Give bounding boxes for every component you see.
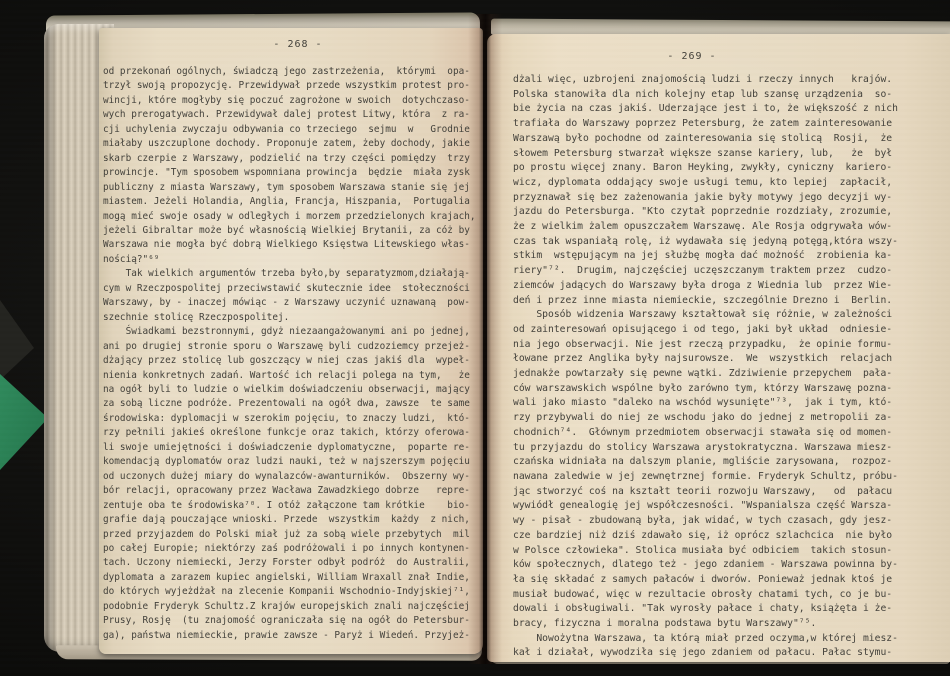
text-line: wych prerogatywach. Przewidywał dalej pr… xyxy=(103,108,477,122)
text-line: musiał budować, więc w rezultacie obrosł… xyxy=(513,588,907,603)
text-line: wincji, które mogłyby się poczuć zagrożo… xyxy=(103,94,477,108)
text-line: prowincje. "Tym sposobem wspomniana prow… xyxy=(103,166,477,180)
text-line: nawana zaledwie w jej zewnętrznej formie… xyxy=(513,470,907,485)
text-line: Polska stanowiła dla nich kolejny etap l… xyxy=(513,88,907,103)
text-line: ani po drugiej stronie sporu o Warszawę … xyxy=(103,340,477,354)
text-line: nością?"⁶⁹ xyxy=(103,253,477,267)
text-line: po całej Europie; niektórzy zaś podróżow… xyxy=(103,542,477,556)
text-line: rzy przybywali do niej ze wschodu jako d… xyxy=(513,411,907,426)
text-line: przed przyjazdem do Polski miał już za s… xyxy=(103,528,477,542)
text-line: na ogół byli to ludzie o wielkim doświad… xyxy=(103,383,477,397)
text-line: nia jego obserwacji. Nie jest rzeczą prz… xyxy=(513,338,907,353)
text-line: Świadkami bezstronnymi, gdyż niezaangażo… xyxy=(103,325,477,339)
text-line: stkim wstępującym na jej służbę mogła da… xyxy=(513,249,907,264)
text-line: bracy, fizyczna i moralna podstawa bytu … xyxy=(513,617,907,632)
text-line: do których wyjeżdżał na zlecenie Kompani… xyxy=(103,585,477,599)
text-line: Nowożytna Warszawa, ta którą miał przed … xyxy=(513,632,907,647)
text-line: wywiódł genealogię jej współczesności. "… xyxy=(513,499,907,514)
book-scan-scene: - 268 - od przekonań ogólnych, świadczą … xyxy=(0,0,950,676)
text-line: Prusy, Rosję (tu znajomość ograniczała s… xyxy=(103,614,477,628)
text-line: miałaby uszczuplone dochody. Proponuje z… xyxy=(103,137,477,151)
text-line: cze bardziej niż dziś zdawało się, iż op… xyxy=(513,529,907,544)
text-line: Warszawa nie mogła być dobrą Wielkiego K… xyxy=(103,238,477,252)
text-line: nienia konkretnych zadań. Wartość ich re… xyxy=(103,369,477,383)
text-line: czańska widniała na dalszym planie, mgli… xyxy=(513,455,907,470)
text-line: w Polsce człowieka". Stolica musiała być… xyxy=(513,544,907,559)
text-line: łowane przez Anglika były najsurowsze. W… xyxy=(513,352,907,367)
text-line: że z wielkim żalem opuszczałem Warszawę.… xyxy=(513,220,907,235)
text-line: publiczny z miasta Warszawy, tym sposobe… xyxy=(103,181,477,195)
text-line: jąc stworzyć coś na kształt teorii rozwo… xyxy=(513,485,907,500)
text-line: li swoje umiejętności i doświadczenie dy… xyxy=(103,441,477,455)
text-line: trafiała do Warszawy poprzez Petersburg,… xyxy=(513,117,907,132)
text-line: jeżeli Gibraltar może być własnością Wie… xyxy=(103,224,477,238)
text-line: skarb czerpie z Warszawy, podzielić na t… xyxy=(103,152,477,166)
text-line: podobnie Fryderyk Schultz.Z krajów europ… xyxy=(103,600,477,614)
text-line: bie życia na czas jakiś. Uderzające jest… xyxy=(513,102,907,117)
text-line: dżający przez stolicę lub goszczący w ni… xyxy=(103,354,477,368)
text-line: Warszawą było pochodne od zainteresowani… xyxy=(513,132,907,147)
text-line: dżali więc, uzbrojeni znajomością ludzi … xyxy=(513,73,907,88)
text-line: po prostu więcej znany. Baron Heyking, z… xyxy=(513,161,907,176)
text-line: tach. Uczony niemiecki, Jerzy Forster od… xyxy=(103,556,477,570)
page-text-right: dżali więc, uzbrojeni znajomością ludzi … xyxy=(513,73,907,661)
text-line: grafie dają pouczające wnioski. Przede w… xyxy=(103,513,477,527)
text-line: ga), państwa niemieckie, prawie zawsze -… xyxy=(103,629,477,643)
text-line: komendacją dyplomatów oraz ludzi nauki, … xyxy=(103,455,477,469)
text-line: dyplomata a zarazem kupiec angielski, Wi… xyxy=(103,571,477,585)
text-line: wali jako miasto "daleko na wschód wysun… xyxy=(513,396,907,411)
green-accent-left xyxy=(0,374,48,470)
text-line: przyznawał się bez zażenowania jakie był… xyxy=(513,191,907,206)
text-line: Sposób widzenia Warszawy kształtował się… xyxy=(513,308,907,323)
page-number: - 269 - xyxy=(513,51,871,62)
text-line: jazdu do Petersburga. "Kto czytał poprze… xyxy=(513,205,907,220)
text-line: bór relacji, opracowany przez Wacława Za… xyxy=(103,484,477,498)
text-line: szechnie stolicę Rzeczpospolitej. xyxy=(103,311,477,325)
text-line: ców warszawskich wspólne było zarówno ty… xyxy=(513,382,907,397)
text-line: słowem Petersburg stwarzał większe szans… xyxy=(513,147,907,162)
text-line: jednakże powtarzały się pewne wątki. Zdz… xyxy=(513,367,907,382)
text-line: riery"⁷². Drugim, najczęściej uczęszczan… xyxy=(513,264,907,279)
text-line: cym w Rzeczpospolitej przeciwstawić skut… xyxy=(103,282,477,296)
text-line: czas tak wspaniałą rolę, iż wydawała się… xyxy=(513,235,907,250)
text-line: Tak wielkich argumentów trzeba było,by s… xyxy=(103,267,477,281)
text-line: za sobą liczne podróże. Prezentowali na … xyxy=(103,397,477,411)
text-line: tu przyjazdu do stolicy Warszawa arystok… xyxy=(513,441,907,456)
text-line: chodnich⁷⁴. Głównym przedmiotem obserwac… xyxy=(513,426,907,441)
text-line: Warszawy, by - inaczej mówiąc - z Warsza… xyxy=(103,296,477,310)
text-line: cji uchylenia zwyczaju odbywania co trze… xyxy=(103,123,477,137)
text-line: wy - pisał - zbudowaną była, jak widać, … xyxy=(513,514,907,529)
text-line: dowali i obsługiwali. "Tak wyrosły pałac… xyxy=(513,602,907,617)
text-line: wicz, dyplomata oddający swoje usługi te… xyxy=(513,176,907,191)
text-line: kał i działał, wywodziła się jego zdanie… xyxy=(513,646,907,661)
text-line: mogą mieć swoje osady w odległych i morz… xyxy=(103,210,477,224)
background-grey-accent-left xyxy=(0,300,34,380)
text-line: ła się składać z samych pałaców i dworów… xyxy=(513,573,907,588)
text-line: deń i przez inne miasta niemieckie, szcz… xyxy=(513,294,907,309)
text-line: miastem. Jeżeli Holandia, Anglia, Francj… xyxy=(103,195,477,209)
text-line: ziemców jadących do Warszawy była droga … xyxy=(513,279,907,294)
text-line: trzył swoją propozycję. Przewidywał prze… xyxy=(103,79,477,93)
text-line: od zainteresowań opisującego i od tego, … xyxy=(513,323,907,338)
text-line: środowiska: dyplomacji w szerokim pojęci… xyxy=(103,412,477,426)
page-text-left: od przekonań ogólnych, świadczą jego zas… xyxy=(103,65,477,643)
text-line: od uczonych dużej miary do wynalazców-aw… xyxy=(103,470,477,484)
page-number: - 268 - xyxy=(103,39,493,50)
text-line: zentuje oba te środowiska⁷⁰. I otóż załą… xyxy=(103,499,477,513)
text-line: ków społecznych, dlatego też - jego zdan… xyxy=(513,558,907,573)
text-line: rzy pełnili jakieś określone funkcje ora… xyxy=(103,426,477,440)
text-line: od przekonań ogólnych, świadczą jego zas… xyxy=(103,65,477,79)
